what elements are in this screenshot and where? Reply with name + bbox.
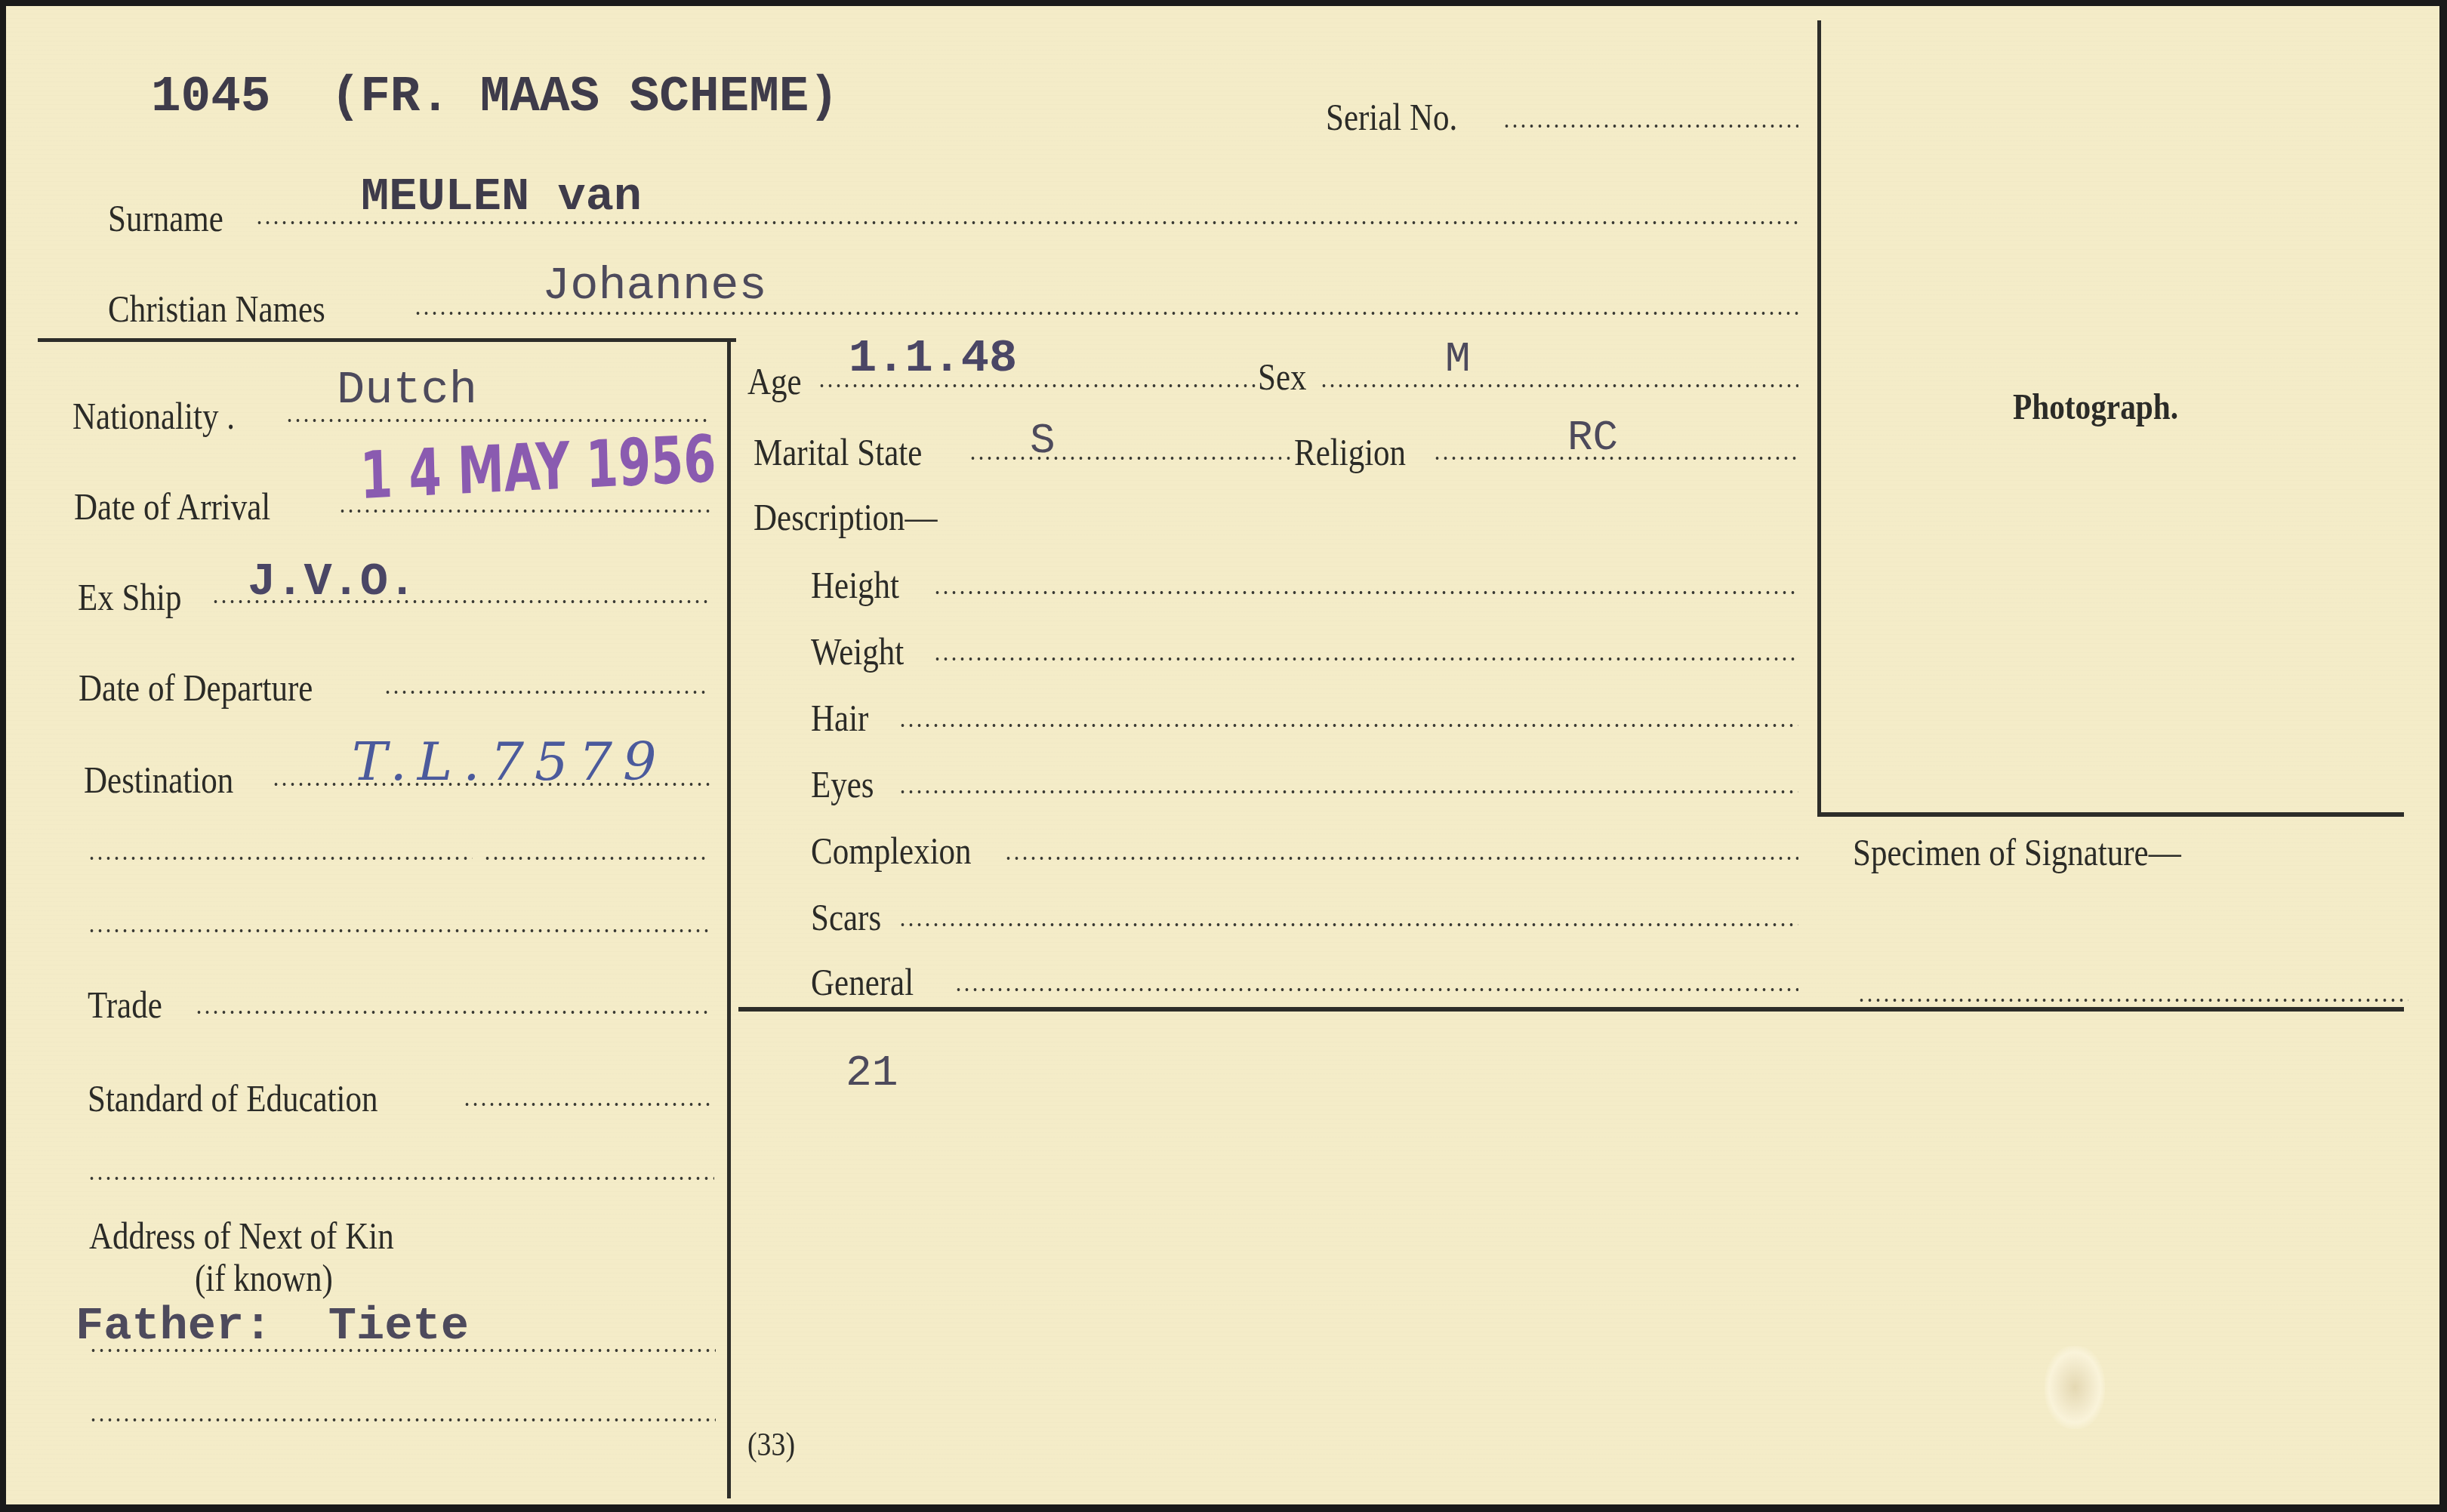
blank-line-left-1[interactable]	[88, 856, 473, 861]
nationality-field[interactable]	[285, 418, 710, 423]
header-typed-reference: 1045 (FR. MAAS SCHEME)	[151, 72, 839, 122]
religion-value: RC	[1567, 417, 1618, 459]
blank-line-left-3[interactable]	[88, 1176, 714, 1181]
next-of-kin-label: Address of Next of Kin	[89, 1217, 394, 1255]
next-of-kin-field[interactable]	[89, 1348, 716, 1353]
age-value: 1.1.48	[849, 335, 1017, 382]
date-of-arrival-label: Date of Arrival	[74, 488, 270, 525]
destination-label: Destination	[84, 761, 233, 799]
scars-label: Scars	[811, 898, 881, 936]
specimen-of-signature-label: Specimen of Signature—	[1853, 833, 2181, 871]
marital-state-value: S	[1030, 420, 1056, 462]
next-of-kin-field-2[interactable]	[89, 1418, 716, 1422]
surname-label: Surname	[108, 199, 223, 237]
ex-ship-label: Ex Ship	[78, 578, 181, 616]
trade-label: Trade	[88, 986, 162, 1024]
nationality-label: Nationality .	[72, 397, 235, 435]
weight-label: Weight	[811, 633, 904, 670]
serial-no-label: Serial No.	[1326, 98, 1457, 136]
marital-state-field[interactable]	[969, 456, 1293, 460]
religion-label: Religion	[1294, 433, 1406, 471]
marital-state-label: Marital State	[754, 433, 922, 471]
destination-handwritten: T.L.7579	[352, 735, 667, 788]
rule-photo-box-vertical	[1817, 20, 1821, 817]
rule-middle-horizontal	[738, 1007, 2404, 1012]
ex-ship-value: J.V.O.	[248, 559, 416, 605]
complexion-field[interactable]	[1004, 856, 1798, 861]
rule-photo-box-bottom	[1817, 812, 2404, 817]
age-label: Age	[747, 362, 802, 400]
serial-no-field[interactable]	[1502, 124, 1798, 128]
standard-of-education-field[interactable]	[463, 1102, 710, 1107]
trade-field[interactable]	[195, 1010, 710, 1015]
weight-field[interactable]	[933, 657, 1798, 661]
hair-label: Hair	[811, 699, 868, 737]
photograph-label: Photograph.	[2013, 390, 2178, 426]
next-of-kin-value: Father: Tiete	[76, 1303, 469, 1350]
hair-field[interactable]	[898, 723, 1798, 728]
nationality-value: Dutch	[337, 367, 477, 414]
sex-field[interactable]	[1320, 383, 1798, 388]
signature-field[interactable]	[1857, 998, 2408, 1002]
paper-stain	[2045, 1346, 2105, 1429]
general-field[interactable]	[954, 987, 1798, 992]
rule-left-column-vertical	[727, 338, 731, 1498]
rule-top-left-horizontal	[38, 338, 736, 342]
bottom-typed-note: 21	[846, 1052, 898, 1096]
scars-field[interactable]	[898, 922, 1798, 927]
height-field[interactable]	[933, 590, 1798, 595]
complexion-label: Complexion	[811, 832, 972, 870]
standard-of-education-label: Standard of Education	[88, 1079, 378, 1117]
description-label: Description—	[754, 498, 938, 536]
eyes-label: Eyes	[811, 765, 874, 803]
surname-value: MEULEN van	[361, 174, 642, 220]
next-of-kin-sublabel: (if known)	[195, 1259, 333, 1297]
christian-names-value: Johannes	[542, 263, 767, 309]
eyes-field[interactable]	[898, 790, 1798, 794]
christian-names-label: Christian Names	[108, 290, 325, 328]
date-of-arrival-stamp: 1 4 MAY 1956	[359, 427, 717, 509]
date-of-departure-field[interactable]	[384, 690, 710, 694]
date-of-departure-label: Date of Departure	[79, 669, 313, 707]
blank-line-left-2[interactable]	[88, 928, 710, 933]
general-label: General	[811, 963, 914, 1001]
form-number: (33)	[747, 1428, 795, 1461]
blank-line-left-1b[interactable]	[483, 856, 710, 861]
immigration-record-card: 1045 (FR. MAAS SCHEME) Serial No. Surnam…	[6, 6, 2439, 1504]
sex-label: Sex	[1258, 358, 1307, 396]
height-label: Height	[811, 566, 899, 604]
sex-value: M	[1445, 338, 1471, 380]
